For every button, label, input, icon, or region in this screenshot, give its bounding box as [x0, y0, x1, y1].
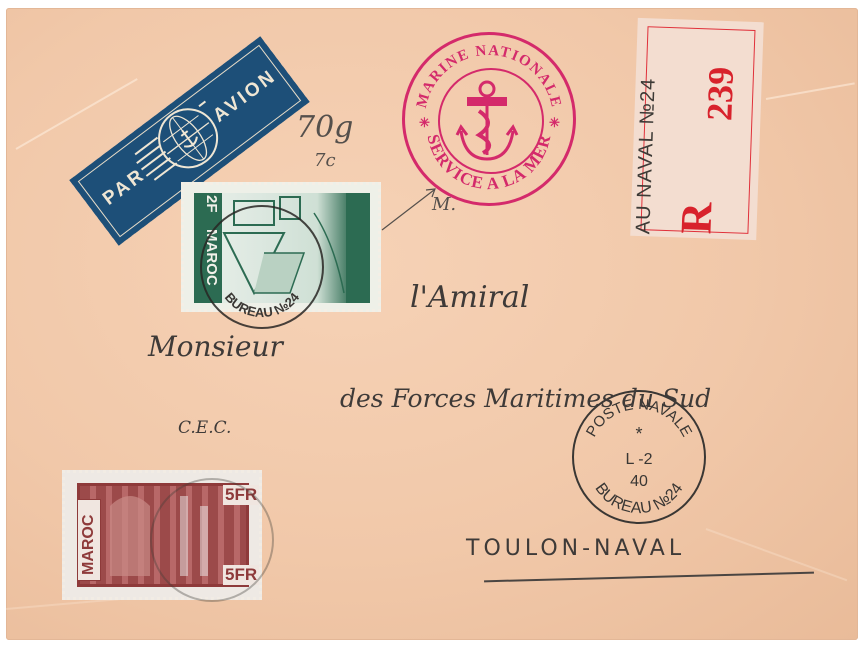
- postmark-year: 40: [630, 473, 648, 490]
- registration-number: 239: [698, 66, 742, 121]
- address-line-cec: C.E.C.: [178, 418, 231, 438]
- paper-crease: [16, 78, 138, 150]
- address-line-forces: des Forces Maritimes du Sud: [340, 384, 711, 413]
- registration-label: 239 R AU NAVAL №24: [630, 18, 764, 240]
- pencil-weight-note: 70g: [296, 110, 353, 145]
- postmark-on-red-stamp: [150, 478, 274, 602]
- address-city: TOULON-NAVAL: [466, 536, 685, 561]
- stamp-country: MAROC: [80, 515, 98, 575]
- cachet-ornament-left: ✳: [419, 115, 430, 130]
- address-line-monsieur: Monsieur: [148, 330, 283, 363]
- postmark-on-green-stamp: BUREAU №24: [200, 205, 324, 329]
- registration-letter: R: [670, 201, 722, 235]
- address-line-amiral: l'Amiral: [410, 280, 529, 315]
- postmark-date: L -2: [626, 451, 653, 468]
- cachet-ornament-right: ✳: [549, 115, 560, 130]
- paper-crease: [766, 82, 855, 100]
- pencil-arrow: [380, 184, 440, 234]
- pencil-rate-note: 7c: [314, 150, 336, 171]
- postmark-bottom-text: BUREAU №24: [222, 289, 303, 320]
- marine-nationale-cachet: MARINE NATIONALE SERVICE A LA MER ✳ ✳: [402, 32, 576, 206]
- svg-text:BUREAU №24: BUREAU №24: [222, 289, 303, 320]
- postmark-star: *: [635, 424, 642, 444]
- anchor-icon: [457, 82, 517, 159]
